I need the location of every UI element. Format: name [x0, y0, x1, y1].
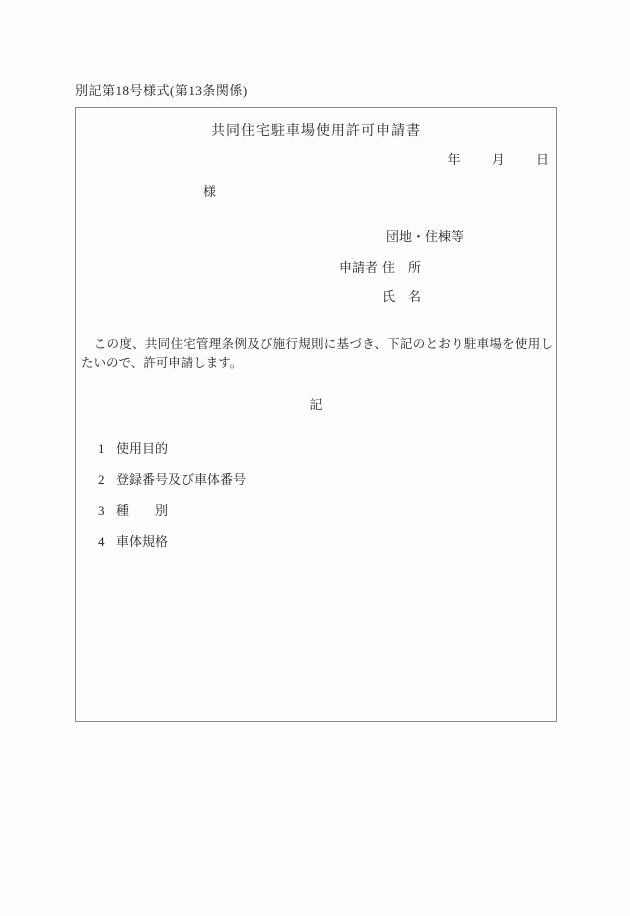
form-title: 共同住宅駐車場使用許可申請書 — [76, 120, 556, 140]
item-number: 2 — [98, 473, 116, 486]
item-label: 登録番号及び車体番号 — [116, 472, 246, 487]
item-label: 車体規格 — [116, 534, 168, 549]
item-label: 種 別 — [116, 503, 168, 518]
danchi-building-label: 団地・住棟等 — [386, 226, 464, 245]
item-number: 3 — [98, 504, 116, 517]
item-number: 4 — [98, 535, 116, 548]
body-paragraph: この度、共同住宅管理条例及び施行規則に基づき、下記のとおり駐車場を使用したいので… — [81, 335, 553, 373]
list-item: 2登録番号及び車体番号 — [98, 473, 246, 486]
document-page: 別記第18号様式(第13条関係) 共同住宅駐車場使用許可申請書 年 月 日 様 … — [0, 0, 630, 916]
date-line: 年 月 日 — [447, 149, 549, 168]
applicant-name-label: 氏 名 — [382, 286, 421, 305]
form-style-label: 別記第18号様式(第13条関係) — [75, 80, 248, 99]
ki-heading: 記 — [76, 394, 556, 413]
applicant-address-label: 住 所 — [382, 257, 421, 276]
addressee-suffix: 様 — [203, 181, 216, 200]
date-day-label: 日 — [536, 149, 549, 168]
list-item: 1使用目的 — [98, 442, 246, 455]
form-border-box: 共同住宅駐車場使用許可申請書 年 月 日 様 団地・住棟等 申請者 住 所 氏 … — [75, 107, 557, 722]
item-label: 使用目的 — [116, 441, 168, 456]
applicant-label: 申請者 — [339, 257, 378, 276]
date-year-label: 年 — [447, 152, 460, 167]
item-list: 1使用目的 2登録番号及び車体番号 3種 別 4車体規格 — [98, 442, 246, 566]
list-item: 4車体規格 — [98, 535, 246, 548]
date-month-label: 月 — [492, 149, 505, 168]
list-item: 3種 別 — [98, 504, 246, 517]
item-number: 1 — [98, 442, 116, 455]
